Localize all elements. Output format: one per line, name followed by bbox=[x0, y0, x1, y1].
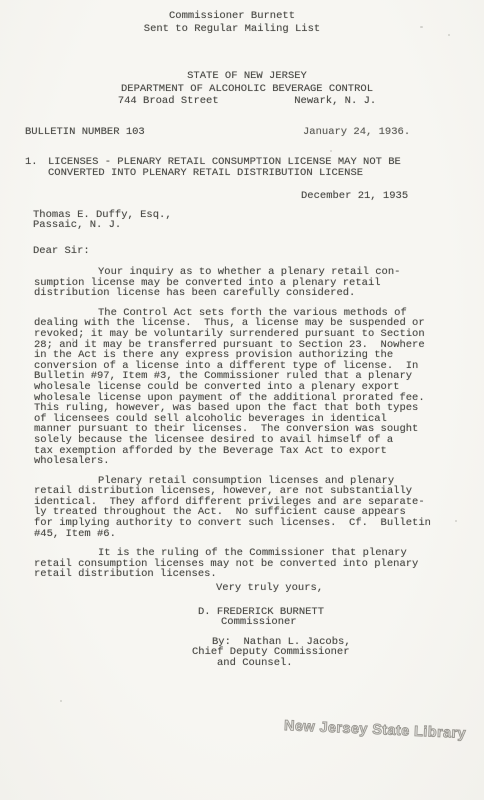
letterhead-agency-name: DEPARTMENT OF ALCOHOLIC BEVERAGE CONTROL bbox=[10, 83, 484, 96]
paragraph: Plenary retail consumption licenses and … bbox=[34, 476, 464, 540]
paragraph-line: retail distribution licenses. bbox=[34, 569, 464, 580]
paragraph-line: wholesalers. bbox=[34, 456, 464, 467]
salutation: Dear Sir: bbox=[33, 246, 90, 257]
by-signer-title: and Counsel. bbox=[217, 658, 484, 669]
scan-speck bbox=[455, 520, 457, 522]
routing-note-line: Sent to Regular Mailing List bbox=[0, 23, 464, 36]
closing-block: Very truly yours, D. FREDERICK BURNETT C… bbox=[0, 583, 484, 669]
letter-body: Your inquiry as to whether a plenary ret… bbox=[34, 267, 464, 589]
recipient-address: Thomas E. Duffy, Esq., Passaic, N. J. bbox=[33, 211, 172, 231]
subject-item-number: 1. bbox=[25, 157, 48, 179]
subject-heading: 1. LICENSES - PLENARY RETAIL CONSUMPTION… bbox=[25, 157, 401, 179]
paragraph-line: solely because the licensee desired to a… bbox=[34, 435, 464, 446]
paragraph-line: wholesale license could be converted int… bbox=[34, 382, 464, 393]
routing-note-line: Commissioner Burnett bbox=[0, 10, 464, 23]
subject-title: LICENSES - PLENARY RETAIL CONSUMPTION LI… bbox=[48, 157, 401, 179]
paragraph: It is the ruling of the Commissioner tha… bbox=[34, 548, 464, 580]
scan-speck bbox=[330, 150, 332, 152]
valediction: Very truly yours, bbox=[216, 583, 484, 594]
scan-speck bbox=[72, 338, 74, 341]
letterhead-agency-state: STATE OF NEW JERSEY bbox=[10, 70, 484, 83]
scan-speck bbox=[420, 26, 423, 28]
recipient-city: Passaic, N. J. bbox=[33, 221, 172, 231]
signer-title: Commissioner bbox=[221, 617, 484, 628]
bulletin-number: BULLETIN NUMBER 103 bbox=[25, 127, 145, 138]
paragraph-line: Your inquiry as to whether a plenary ret… bbox=[34, 267, 464, 278]
letterhead: STATE OF NEW JERSEY DEPARTMENT OF ALCOHO… bbox=[10, 70, 484, 108]
paragraph-line: #45, Item #6. bbox=[34, 529, 464, 540]
bulletin-date: January 24, 1936. bbox=[303, 127, 410, 138]
paragraph: The Control Act sets forth the various m… bbox=[34, 308, 464, 467]
paragraph: Your inquiry as to whether a plenary ret… bbox=[34, 267, 464, 299]
scan-speck bbox=[60, 700, 62, 702]
letter-date: December 21, 1935 bbox=[301, 191, 408, 202]
scanned-letter-page: Commissioner Burnett Sent to Regular Mai… bbox=[0, 0, 484, 800]
scan-speck bbox=[448, 34, 450, 36]
paragraph-line: revoked; it may be voluntarily surrender… bbox=[34, 329, 464, 340]
library-stamp: New Jersey State Library bbox=[284, 718, 467, 742]
letterhead-address: 744 Broad Street Newark, N. J. bbox=[10, 95, 484, 108]
routing-note: Commissioner Burnett Sent to Regular Mai… bbox=[0, 10, 464, 35]
paragraph-line: distribution license has been carefully … bbox=[34, 288, 464, 299]
subject-title-line: CONVERTED INTO PLENARY RETAIL DISTRIBUTI… bbox=[48, 168, 401, 179]
